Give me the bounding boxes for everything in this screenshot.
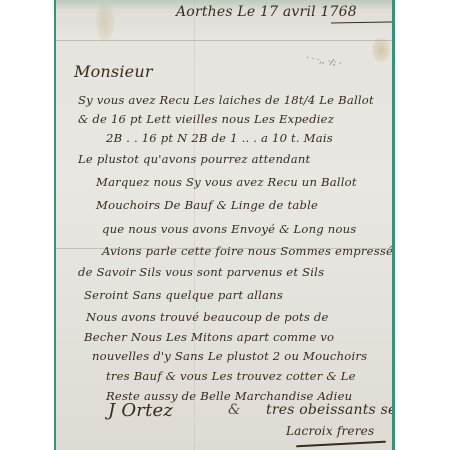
paper-stain	[372, 38, 390, 62]
body-line: que nous vous avons Envoyé & Long nous	[102, 222, 356, 236]
body-line: 2B . . 16 pt N 2B de 1 .. . a 10 t. Mais	[106, 131, 333, 145]
closing-formula: tres obeissants ser	[266, 402, 392, 418]
letter-paper: Aorthes Le 17 avril 1768 · · ·,, ·/; · M…	[56, 0, 392, 450]
body-line: & de 16 pt Lett vieilles nous Les Expedi…	[78, 112, 334, 126]
fold-line	[56, 40, 392, 41]
body-line: Le plustot qu'avons pourrez attendant	[78, 152, 310, 166]
place-date-header: Aorthes Le 17 avril 1768	[176, 4, 357, 20]
body-line: Mouchoirs De Bauf & Linge de table	[96, 198, 318, 212]
salutation: Monsieur	[74, 62, 153, 81]
body-line: tres Bauf & vous Les trouvez cotter & Le	[106, 369, 356, 383]
signature-place: J Ortez	[108, 400, 173, 421]
body-line: Becher Nous Les Mitons apart comme vo	[84, 330, 334, 344]
body-line: de Savoir Sils vous sont parvenus et Sil…	[78, 265, 324, 279]
signature-ampersand: &	[228, 402, 241, 418]
signature-flourish	[296, 441, 386, 448]
signature-name: Lacroix freres	[286, 424, 374, 438]
body-line: Seroint Sans quelque part allans	[84, 288, 283, 302]
marginal-note: · · ·,, ·/; ·	[305, 53, 342, 68]
body-line: Avions parle cette foire nous Sommes emp…	[102, 244, 392, 258]
paper-stain	[96, 2, 114, 42]
body-line: Marquez nous Sy vous avez Recu un Ballot	[96, 175, 357, 189]
body-line: Sy vous avez Recu Les laiches de 18t/4 L…	[78, 93, 374, 107]
body-line: Nous avons trouvé beaucoup de pots de	[86, 310, 329, 324]
header-underline	[331, 21, 392, 23]
body-line: nouvelles d'y Sans Le plustot 2 ou Mouch…	[92, 349, 367, 363]
